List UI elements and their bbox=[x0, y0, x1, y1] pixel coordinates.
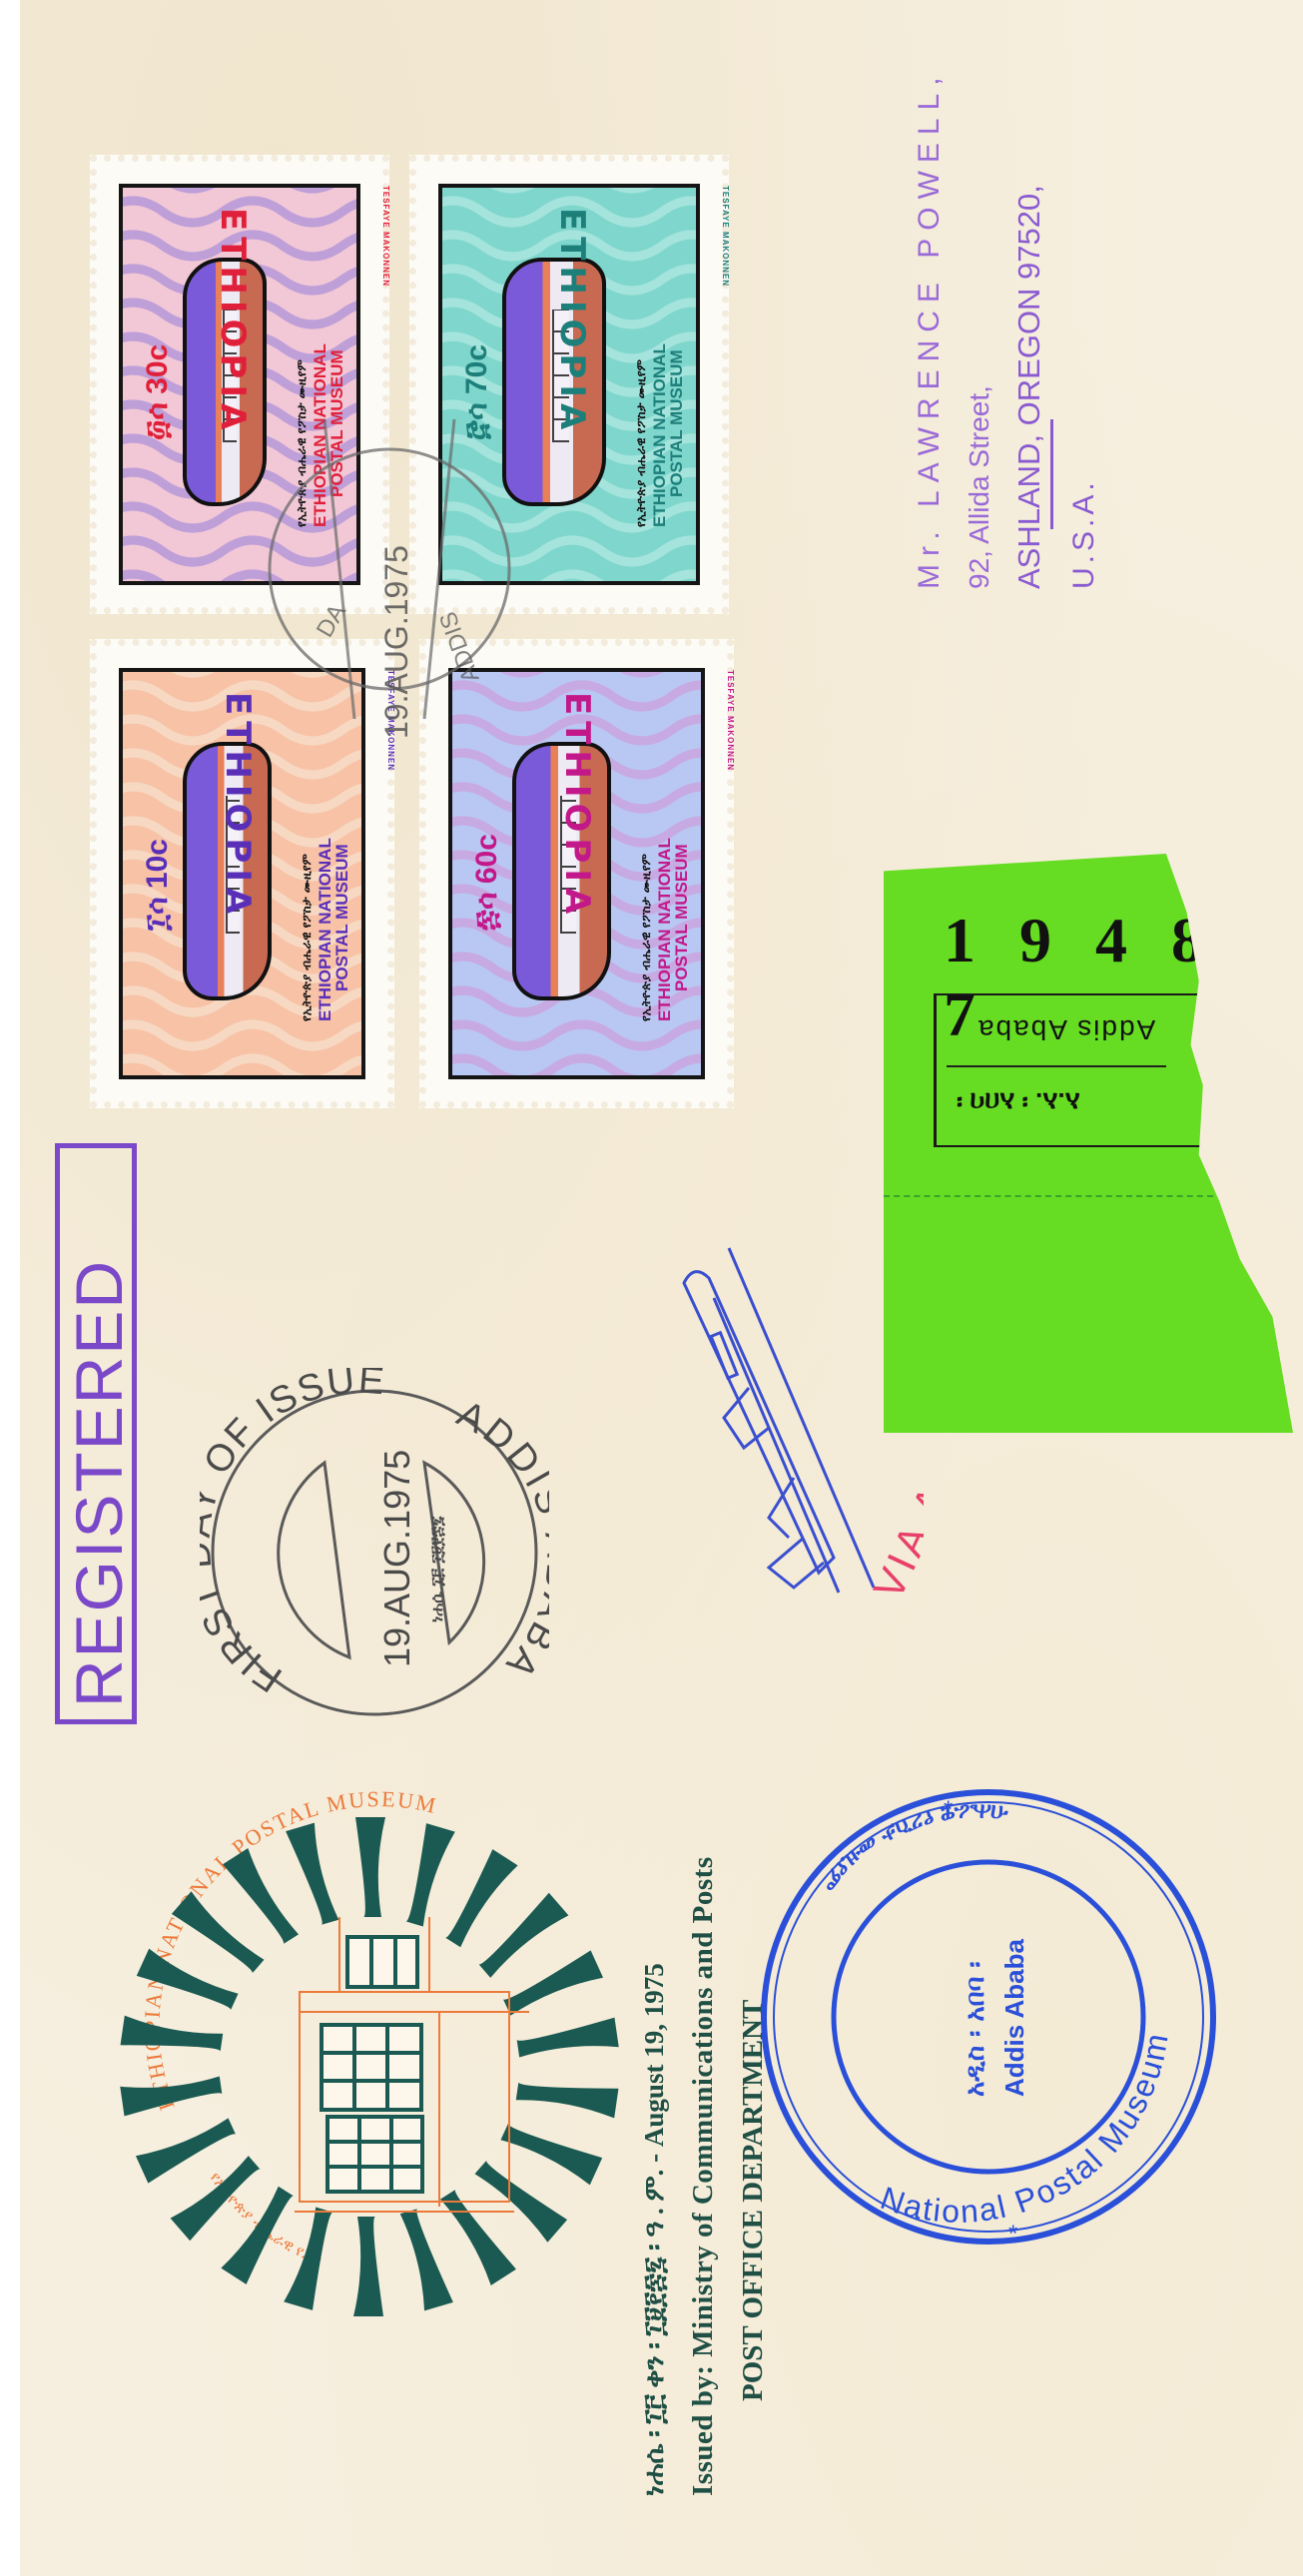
stamp-country-ethiopic-top: ETHIOPIA bbox=[552, 208, 592, 435]
seal-inner-text: Addis Ababa bbox=[999, 1939, 1029, 2097]
fdi-date: 19.AUG.1975 bbox=[376, 1450, 417, 1667]
stamp-title-ethiopic: የኢትዮጵያ ብሔራዊ የፖስታ ሙዚየም bbox=[639, 854, 654, 1021]
registration-box-divider bbox=[947, 1065, 1166, 1067]
seal-inner-ethiopic: አዲስ ፡ አበባ ፡ bbox=[961, 1961, 990, 2097]
stamp-frames-icon bbox=[322, 1937, 422, 2192]
airmail-handstamp: VIA AIR MAIL bbox=[654, 1148, 924, 1608]
svg-text:*: * bbox=[1008, 2221, 1017, 2248]
stamp-value: ፴ሳ 30c bbox=[141, 344, 175, 440]
address-line-city: ASHLAND, OREGON 97520, bbox=[1003, 185, 1055, 589]
stamp-title-2: POSTAL MUSEUM bbox=[667, 349, 687, 497]
stamp-designer-credit: TESFAYE MAKONNEN bbox=[726, 670, 735, 771]
recipient-address: Mr. LAWRENCE POWELL, bbox=[904, 69, 956, 589]
stamp-title-ethiopic: የኢትዮጵያ ብሔራዊ የፖስታ ሙዚየም bbox=[634, 359, 649, 527]
svg-text:FIRST DAY OF ISSUE: FIRST DAY OF ISSUE bbox=[200, 1368, 387, 1700]
perforation-line bbox=[884, 1195, 1213, 1197]
cachet-logo: ETHIOPIAN NATIONAL POSTAL MUSEUM የኢትዮጵያ … bbox=[100, 1787, 639, 2346]
stamp-designer-credit: TESFAYE MAKONNEN bbox=[381, 186, 390, 287]
stamp-cancel-postmark: 19.AUG.1975 DA ADDIS bbox=[230, 379, 529, 769]
national-postal-museum-seal: National Postal Museum ብሔራዊ የፖስታ ሙዚየም አዲ… bbox=[739, 1767, 1238, 2266]
address-country-wrap: U.S.A. bbox=[1058, 478, 1110, 589]
first-day-postmark: FIRST DAY OF ISSUE ADDIS ABABA 19.AUG.19… bbox=[200, 1368, 549, 1727]
address-street-wrap: 92, Allida Street, bbox=[954, 385, 1005, 589]
address-line-street: 92, Allida Street, bbox=[954, 385, 1005, 589]
stamp-title-ethiopic: የኢትዮጵያ ብሔራዊ የፖስታ ሙዚየም bbox=[300, 854, 315, 1021]
airmail-text: VIA AIR MAIL bbox=[865, 1313, 924, 1607]
issued-by-line: Issued by: Ministry of Communications an… bbox=[687, 1856, 720, 2496]
registration-city: Addis Ababa bbox=[977, 1013, 1155, 1045]
registered-handstamp: REGISTERED bbox=[55, 1143, 137, 1724]
address-line-name: Mr. LAWRENCE POWELL, bbox=[904, 69, 956, 589]
stamp-title-2: POSTAL MUSEUM bbox=[672, 844, 692, 991]
registration-city-box: Addis Ababa አ.አ. ፡ አበባ ፡ bbox=[934, 993, 1238, 1147]
address-line-country: U.S.A. bbox=[1058, 478, 1110, 589]
address-underline bbox=[1050, 419, 1056, 529]
stamp-value: ፲ሳ 10c bbox=[141, 839, 175, 931]
stamp-designer-credit: TESFAYE MAKONNEN bbox=[721, 186, 730, 287]
fdi-top-text: FIRST DAY OF ISSUE bbox=[200, 1368, 387, 1700]
issue-date-line: ነሐሴ ፡ ፲፫ ቀን ፡ ፲፱፻፷፯ ፡ ዓ . ም. - August 19… bbox=[639, 1963, 671, 2496]
airplane-icon bbox=[684, 1248, 874, 1593]
registered-text: REGISTERED bbox=[66, 1259, 132, 1707]
stamp-title-2: POSTAL MUSEUM bbox=[332, 844, 352, 991]
svg-text:ADDIS: ADDIS bbox=[434, 608, 484, 686]
stamp-value: ፷ሳ 60c bbox=[470, 834, 504, 931]
stamp-country-ethiopic-top: ETHIOPIA bbox=[557, 692, 597, 920]
svg-text:19.AUG.1975: 19.AUG.1975 bbox=[378, 545, 414, 739]
svg-text:*: * bbox=[944, 1796, 953, 1823]
fdi-ethiopic-date: ነሐሴ ፲፫ ፲፱፻፷፯ bbox=[427, 1515, 446, 1622]
registration-city-ethiopic: አ.አ. ፡ አበባ ፡ bbox=[957, 1085, 1080, 1117]
address-city-wrap: ASHLAND, OREGON 97520, bbox=[1003, 185, 1055, 589]
